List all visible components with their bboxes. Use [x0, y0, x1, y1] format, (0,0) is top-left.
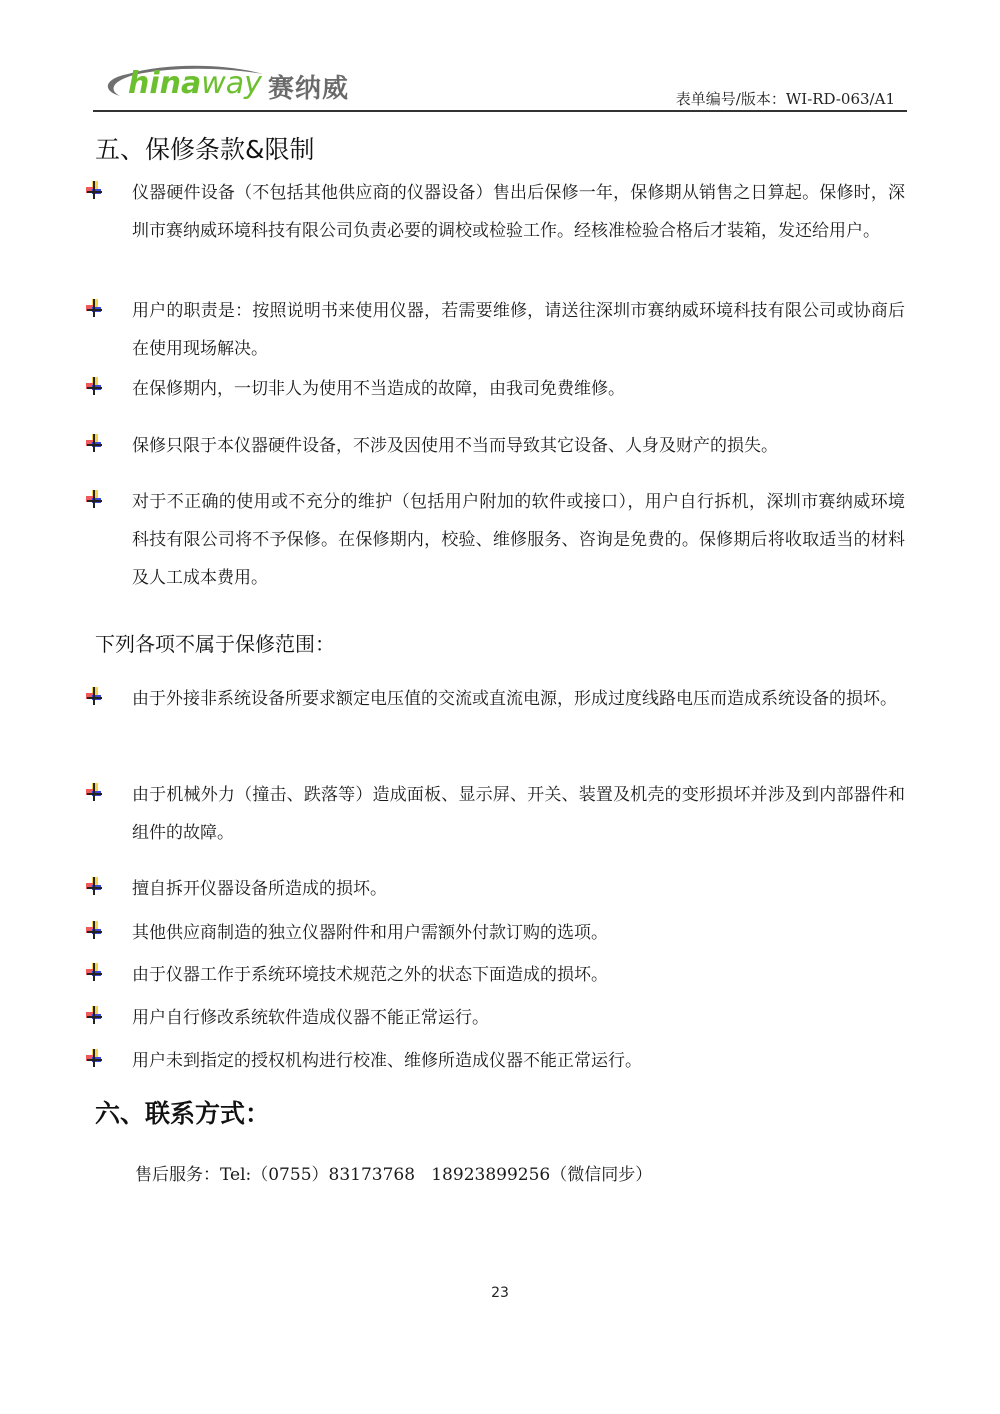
list-item: 在保修期内，一切非人为使用不当造成的故障，由我司免费维修。	[85, 370, 905, 408]
bullet-icon	[85, 783, 103, 801]
bullet-icon	[85, 877, 103, 895]
bullet-icon	[85, 490, 103, 508]
exclusion-item: 擅自拆开仪器设备所造成的损坏。	[85, 870, 905, 908]
bullet-icon	[85, 377, 103, 395]
bullet-icon	[85, 921, 103, 939]
bullet-icon	[85, 434, 103, 452]
chinaway-logo: hinaway 赛纳威	[98, 60, 368, 106]
bullet-icon	[85, 687, 103, 705]
header-divider	[93, 110, 907, 112]
bullet-icon	[85, 1006, 103, 1024]
section-title-contact: 六、联系方式：	[95, 1094, 270, 1130]
exclusion-item: 由于机械外力（撞击、跌落等）造成面板、显示屏、开关、装置及机壳的变形损坏并涉及到…	[85, 776, 905, 852]
list-item: 对于不正确的使用或不充分的维护（包括用户附加的软件或接口），用户自行拆机，深圳市…	[85, 483, 905, 597]
list-item: 仪器硬件设备（不包括其他供应商的仪器设备）售出后保修一年，保修期从销售之日算起。…	[85, 174, 905, 250]
form-number: 表单编号/版本：WI-RD-063/A1	[676, 88, 895, 109]
list-item: 保修只限于本仪器硬件设备，不涉及因使用不当而导致其它设备、人身及财产的损失。	[85, 427, 905, 465]
exclusion-item: 其他供应商制造的独立仪器附件和用户需额外付款订购的选项。	[85, 914, 905, 952]
logo-wordmark: hinaway	[128, 66, 262, 101]
bullet-icon	[85, 963, 103, 981]
contact-info: 售后服务：Tel:（0755）83173768 18923899256（微信同步…	[135, 1160, 652, 1185]
bullet-icon	[85, 299, 103, 317]
page-number: 23	[0, 1285, 1000, 1301]
exclusion-item: 由于外接非系统设备所要求额定电压值的交流或直流电源，形成过度线路电压而造成系统设…	[85, 680, 905, 718]
bullet-icon	[85, 181, 103, 199]
exclusions-heading: 下列各项不属于保修范围：	[95, 628, 335, 657]
exclusion-item: 用户未到指定的授权机构进行校准、维修所造成仪器不能正常运行。	[85, 1042, 905, 1080]
page-header: hinaway 赛纳威 表单编号/版本：WI-RD-063/A1	[93, 60, 907, 112]
exclusion-item: 用户自行修改系统软件造成仪器不能正常运行。	[85, 999, 905, 1037]
logo-chinese-name: 赛纳威	[268, 68, 349, 105]
bullet-icon	[85, 1049, 103, 1067]
list-item: 用户的职责是：按照说明书来使用仪器，若需要维修，请送往深圳市赛纳威环境科技有限公…	[85, 292, 905, 368]
section-title-warranty: 五、保修条款&限制	[95, 130, 315, 166]
exclusion-item: 由于仪器工作于系统环境技术规范之外的状态下面造成的损坏。	[85, 956, 905, 994]
